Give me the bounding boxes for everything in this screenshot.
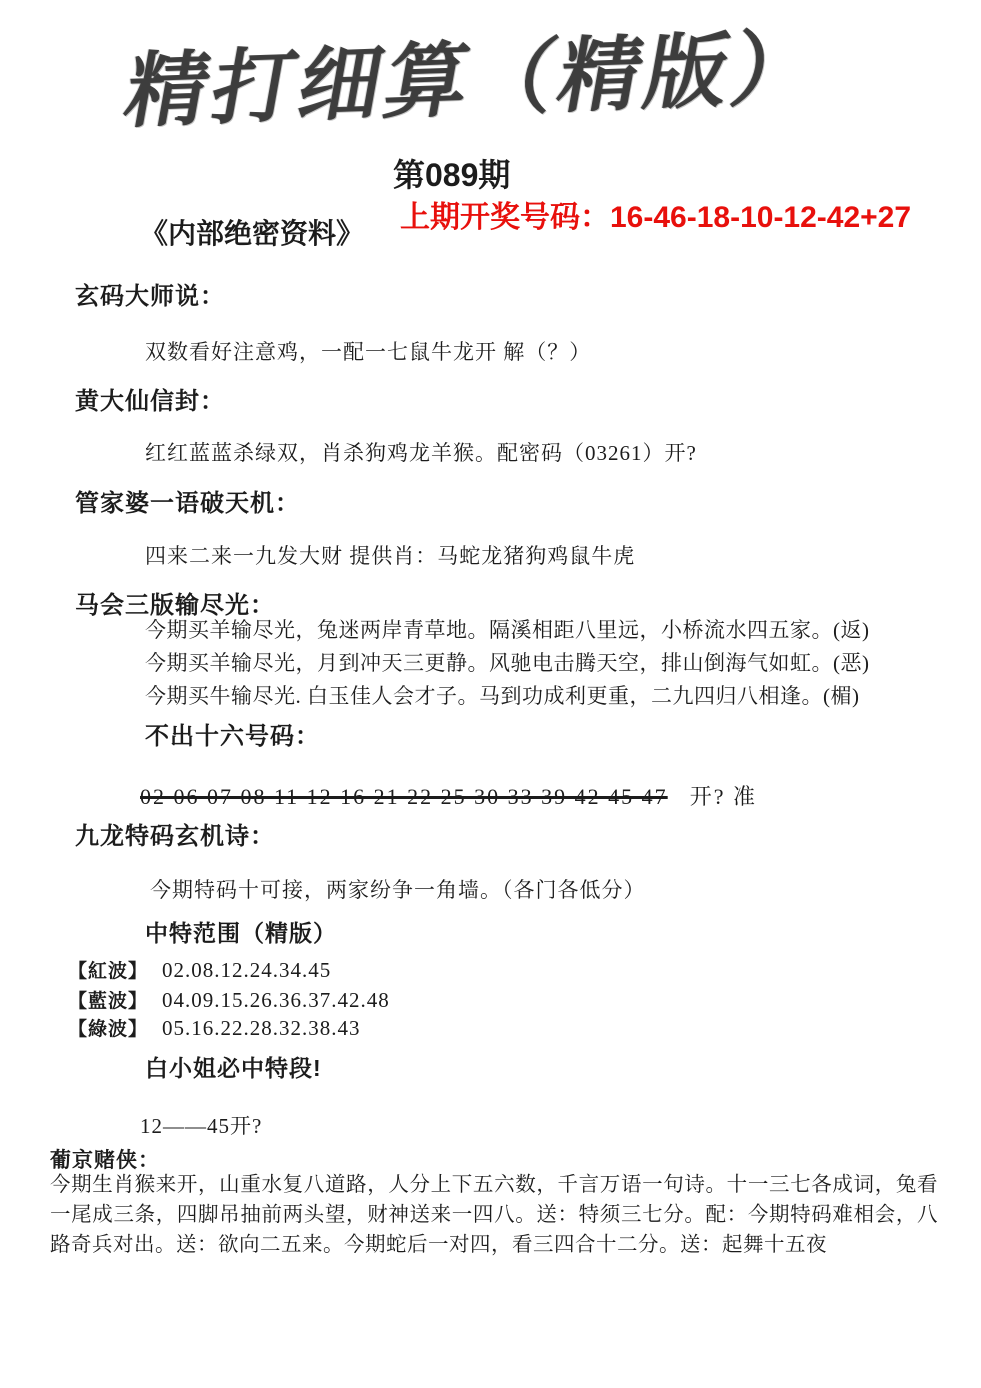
wave-numbers-blue: 04.09.15.26.36.37.42.48	[162, 988, 390, 1012]
wave-numbers-green: 05.16.22.28.32.38.43	[162, 1016, 361, 1040]
mahui-line-3: 今期买牛输尽光. 白玉佳人会才子。马到功成利更重，二九四归八相逢。(楣)	[145, 680, 869, 713]
struck-numbers: 02 06 07 08 11 12 16 21 22 25 30 33 39 4…	[140, 784, 668, 809]
section-body-jiulong: 今期特码十可接，两家纷争一角墙。（各门各低分）	[150, 874, 646, 904]
wave-row-green: 【綠波】05.16.22.28.32.38.43	[68, 1014, 361, 1041]
section-body-baixiaojie: 12——45开?	[140, 1110, 262, 1140]
wave-label-green: 【綠波】	[68, 1019, 148, 1040]
section-heading-zhongte: 中特范围（精版）	[145, 915, 337, 948]
section-body-xuanma: 双数看好注意鸡，一配一七鼠牛龙开 解（？）	[145, 336, 591, 366]
previous-draw-numbers: 上期开奖号码：16-46-18-10-12-42+27	[400, 192, 911, 236]
numbers-suffix: 开? 准	[690, 784, 757, 809]
wave-row-blue: 【藍波】04.09.15.26.36.37.42.48	[68, 986, 390, 1013]
section-heading-huangdaxian: 黄大仙信封：	[75, 381, 225, 416]
section-body-pujing: 今期生肖猴来开，山重水复八道路，人分上下五六数，千言万语一句诗。十一三七各成词，…	[50, 1170, 938, 1260]
section-body-guanjiapo: 四来二来一九发大财 提供肖：马蛇龙猪狗鸡鼠牛虎	[145, 540, 635, 570]
wave-label-blue: 【藍波】	[68, 991, 148, 1012]
lottery-tip-sheet: 精打细算（精版） 第089期 上期开奖号码：16-46-18-10-12-42+…	[0, 0, 981, 1388]
section-heading-guanjiapo: 管家婆一语破天机：	[75, 483, 300, 518]
wave-row-red: 【紅波】02.08.12.24.34.45	[68, 956, 331, 983]
section-heading-jiulong: 九龙特码玄机诗：	[75, 816, 275, 851]
mahui-line-2: 今期买羊输尽光，月到冲天三更静。风驰电击腾天空，排山倒海气如虹。(恶)	[145, 647, 869, 680]
wave-numbers-red: 02.08.12.24.34.45	[162, 958, 331, 982]
wave-label-red: 【紅波】	[68, 961, 148, 982]
section-body-huangdaxian: 红红蓝蓝杀绿双，肖杀狗鸡龙羊猴。配密码（03261）开?	[145, 437, 697, 467]
confidential-label: 《内部绝密资料》	[140, 212, 364, 252]
section-heading-xuanma: 玄码大师说：	[75, 276, 225, 311]
excluded-numbers-line: 02 06 07 08 11 12 16 21 22 25 30 33 39 4…	[140, 780, 757, 811]
issue-number: 第089期	[393, 150, 510, 196]
section-heading-baixiaojie: 白小姐必中特段!	[145, 1050, 322, 1083]
section-heading-sixteen: 不出十六号码：	[145, 716, 320, 751]
handwritten-title: 精打细算（精版）	[117, 1, 873, 143]
mahui-line-1: 今期买羊输尽光，兔迷两岸青草地。隔溪相距八里远，小桥流水四五家。(返)	[145, 614, 869, 647]
mahui-poem-lines: 今期买羊输尽光，兔迷两岸青草地。隔溪相距八里远，小桥流水四五家。(返) 今期买羊…	[145, 614, 869, 713]
